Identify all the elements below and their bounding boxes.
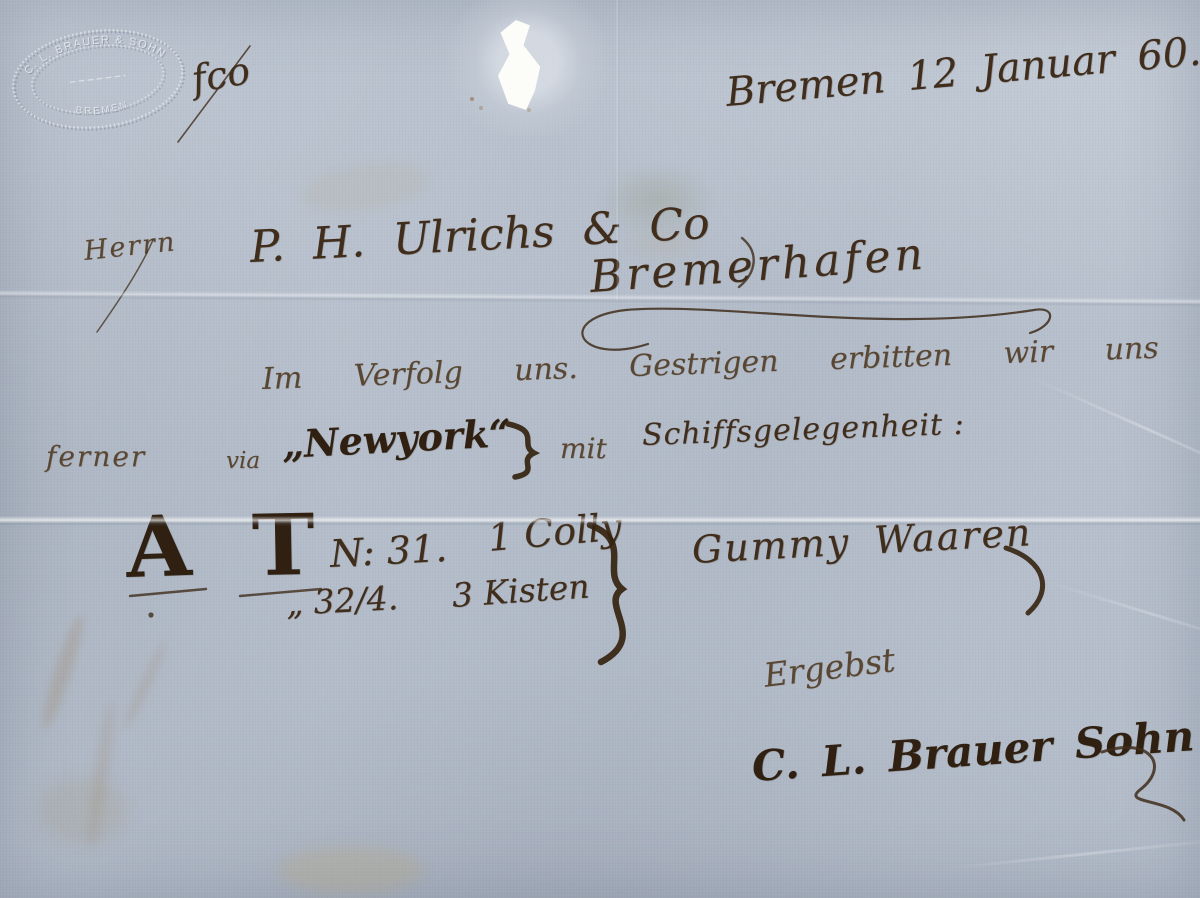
shipping-mark-t: T — [251, 495, 315, 595]
stain-streak-1 — [37, 612, 89, 731]
dateline: Bremen 12 Januar 60. — [724, 29, 1200, 116]
row1-quantity: 1 Colly — [486, 504, 623, 560]
rust-speck — [527, 108, 531, 112]
row2-number: „ 32/4. — [285, 578, 399, 623]
body-line1: Im Verfolg uns. Gestrigen erbitten wir u… — [261, 331, 1159, 397]
goods-description: Gummy Waaren — [691, 510, 1033, 572]
embossed-seal: C. L. BRAUER & SOHN C. L. BRAUER & SOHN … — [0, 11, 197, 155]
rust-speck — [479, 106, 483, 110]
seal-text-top: C. L. BRAUER & SOHN — [19, 26, 169, 78]
mark-dot — [148, 612, 153, 617]
letter-page: C. L. BRAUER & SOHN C. L. BRAUER & SOHN … — [0, 0, 1200, 898]
goods-end-flourish — [1006, 548, 1043, 613]
body-line2-gelegenheit: Schiffsgelegenheit : — [641, 407, 965, 453]
stain-streak-2 — [85, 700, 118, 850]
seal-center-ornament — [70, 75, 126, 82]
stain-blot — [38, 778, 128, 843]
recipient-salutation: Herrn — [82, 226, 177, 267]
diagonal-crease-bottom-right — [946, 837, 1200, 870]
body-line2-ferner: ferner — [46, 440, 146, 473]
bottom-smudge — [278, 846, 423, 894]
stain-streak-3 — [120, 640, 169, 730]
svg-text:C. L. BRAUER & SOHN: C. L. BRAUER & SOHN — [19, 26, 169, 78]
rust-speck — [470, 97, 474, 101]
row2-quantity: 3 Kisten — [451, 566, 591, 615]
closing: Ergebst — [762, 640, 898, 695]
row1-number: N: 31. — [329, 526, 448, 576]
franco-note: fco — [188, 48, 253, 101]
body-line2-via: via — [226, 448, 260, 474]
body-line2-mit: mit — [560, 432, 607, 465]
paper-hole — [489, 20, 553, 110]
upper-smudge — [298, 156, 433, 219]
diagonal-crease-right-2 — [1044, 580, 1200, 647]
shipping-mark-a: A — [124, 496, 193, 597]
embossed-seal-graphic: C. L. BRAUER & SOHN C. L. BRAUER & SOHN … — [0, 11, 196, 151]
signature: C. L. Brauer Sohn — [750, 711, 1195, 791]
body-line2-ship: „Newyork“ — [281, 410, 512, 467]
diagonal-crease-right-1 — [1029, 375, 1200, 483]
newyork-brace — [508, 424, 534, 477]
